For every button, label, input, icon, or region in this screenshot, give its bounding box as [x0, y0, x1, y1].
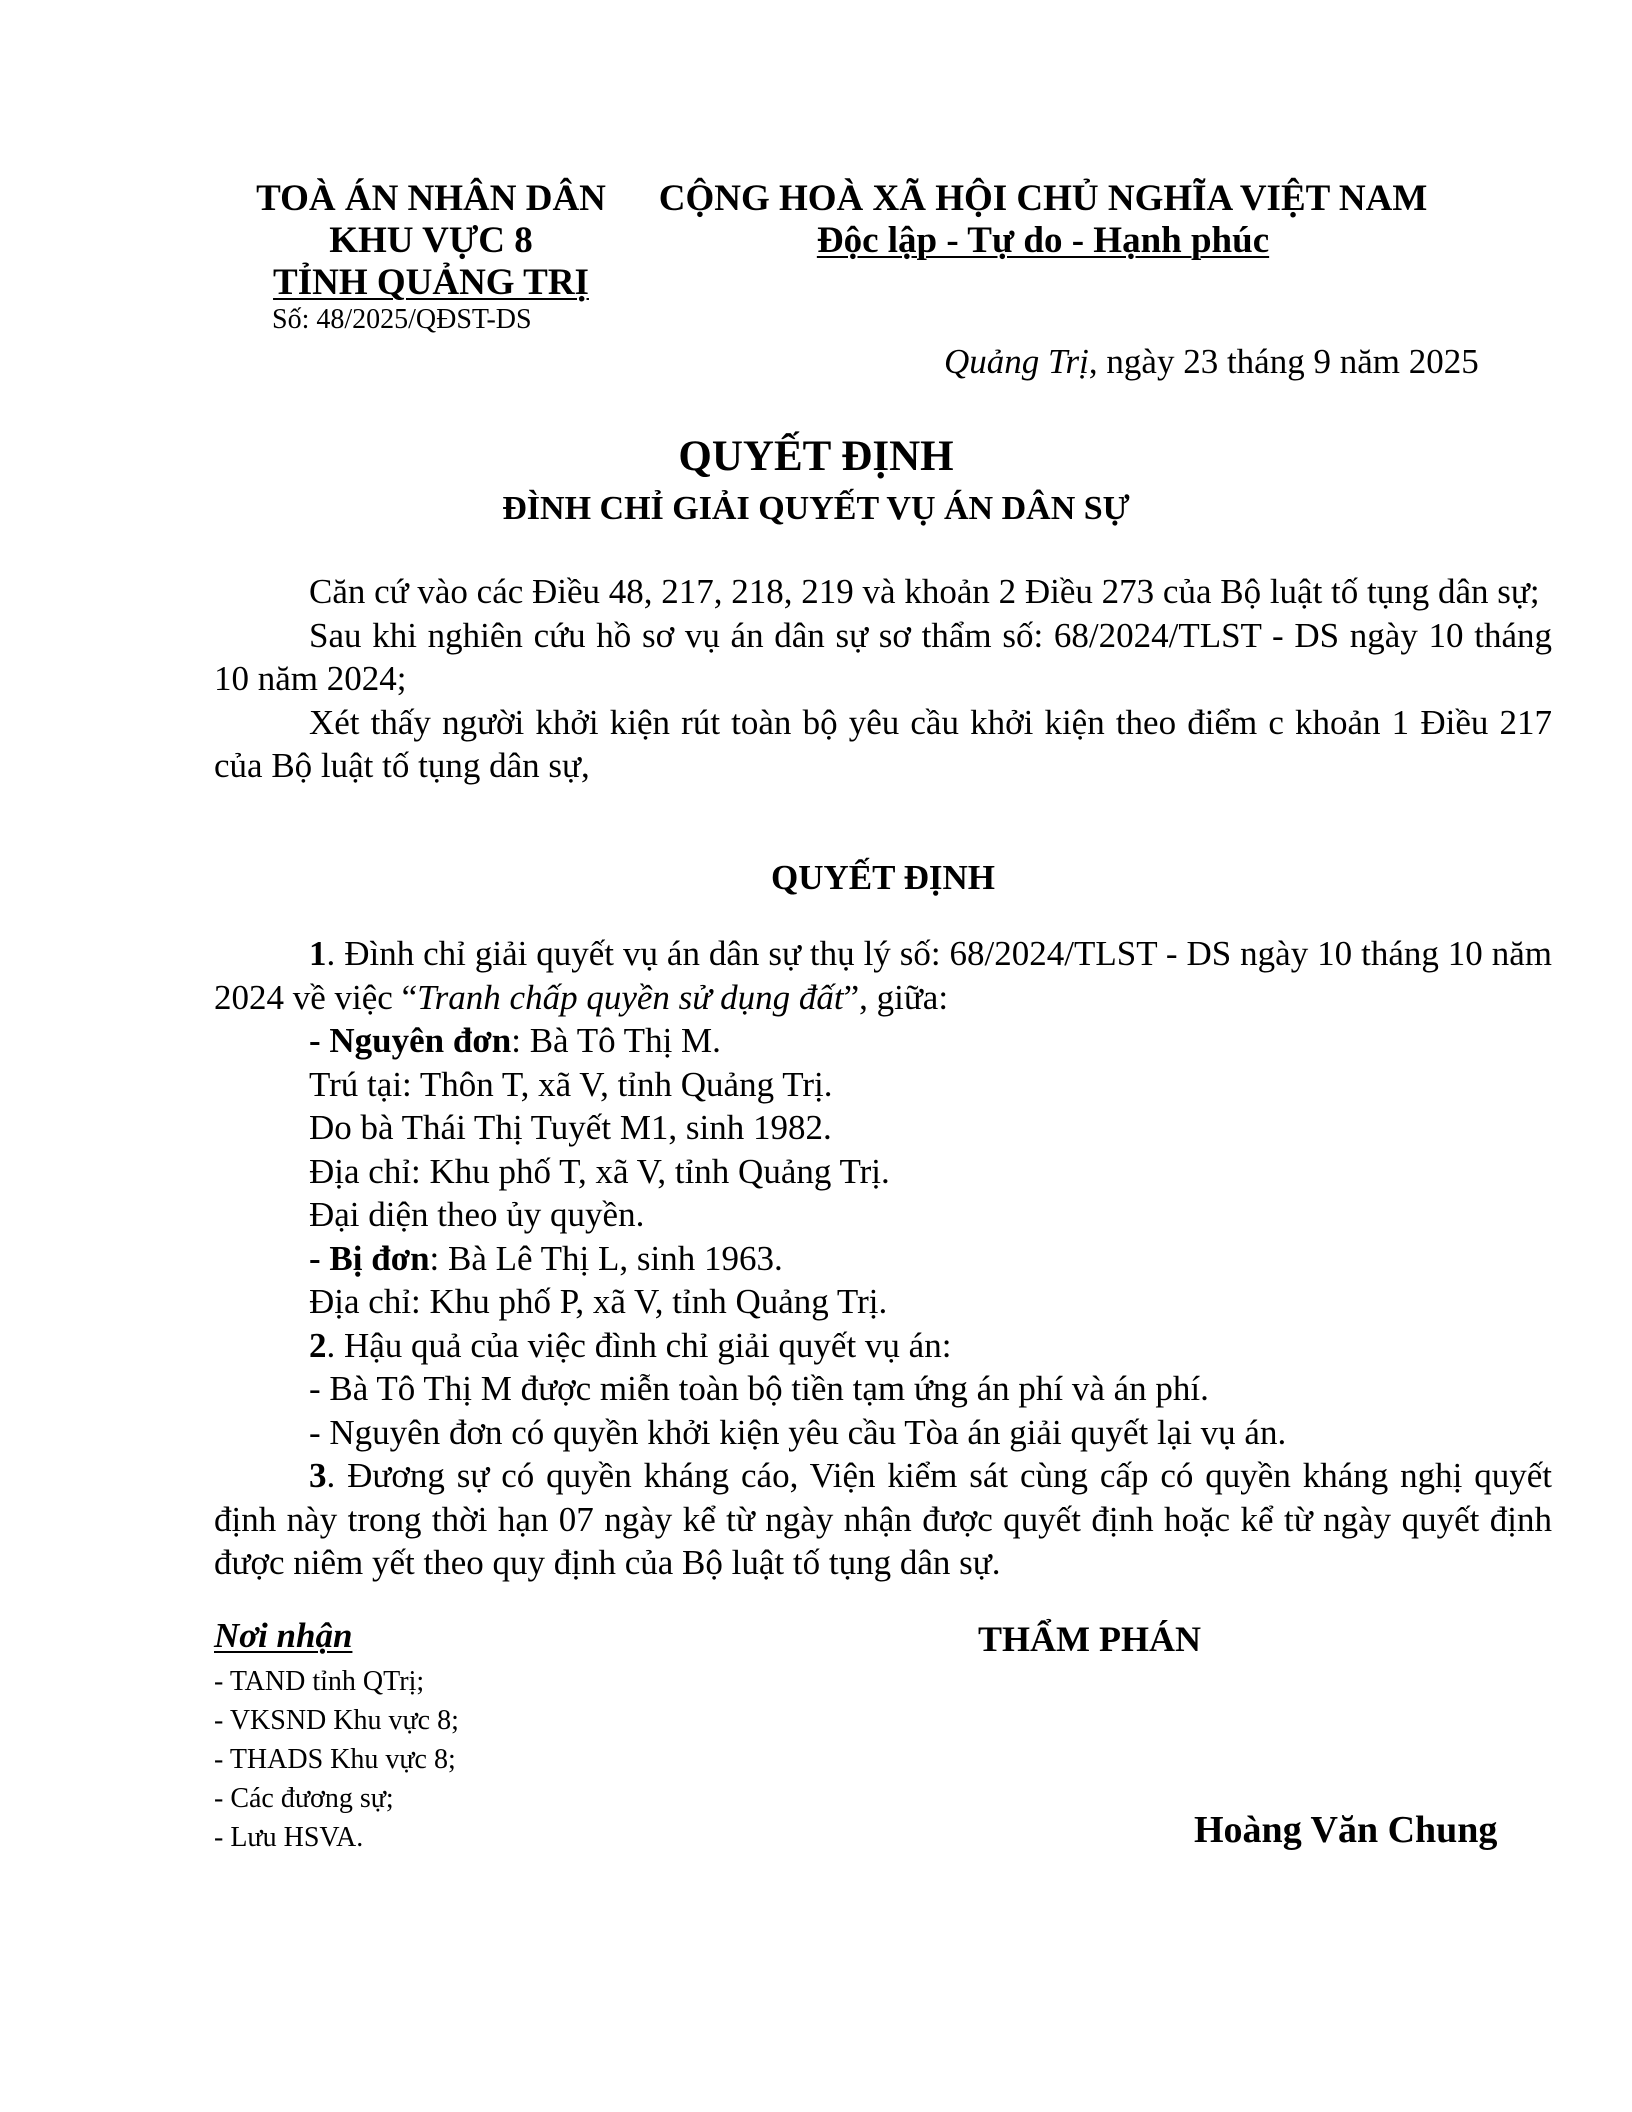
defendant-value: : Bà Lê Thị L, sinh 1963. [430, 1239, 783, 1278]
preamble-paragraph: Xét thấy người khởi kiện rút toàn bộ yêu… [214, 701, 1552, 788]
national-header: CỘNG HOÀ XÃ HỘI CHỦ NGHĨA VIỆT NAM Độc l… [648, 178, 1438, 262]
item-text: ”, giữa: [844, 978, 949, 1017]
item-number: 2 [309, 1326, 327, 1365]
recipient-item: - Lưu HSVA. [214, 1818, 459, 1857]
recipient-item: - THADS Khu vực 8; [214, 1740, 459, 1779]
plaintiff-detail: Trú tại: Thôn T, xã V, tỉnh Quảng Trị. [214, 1063, 1552, 1107]
recipients-list: - TAND tỉnh QTrị; - VKSND Khu vực 8; - T… [214, 1662, 459, 1857]
case-subject: Tranh chấp quyền sử dụng đất [417, 978, 843, 1017]
plaintiff-detail: Đại diện theo ủy quyền. [214, 1193, 1552, 1237]
decision-item-3: 3. Đương sự có quyền kháng cáo, Viện kiể… [214, 1454, 1552, 1585]
consequence-line: - Bà Tô Thị M được miễn toàn bộ tiền tạm… [214, 1367, 1552, 1411]
plaintiff-detail: Địa chỉ: Khu phố T, xã V, tỉnh Quảng Trị… [214, 1150, 1552, 1194]
decision-item-2: 2. Hậu quả của việc đình chỉ giải quyết … [214, 1324, 1552, 1368]
preamble: Căn cứ vào các Điều 48, 217, 218, 219 và… [214, 570, 1552, 788]
decision-body: 1. Đình chỉ giải quyết vụ án dân sự thụ … [214, 932, 1552, 1585]
recipients-title: Nơi nhận [214, 1616, 352, 1656]
plaintiff-value: : Bà Tô Thị M. [511, 1021, 721, 1060]
nation-name: CỘNG HOÀ XÃ HỘI CHỦ NGHĨA VIỆT NAM [648, 178, 1438, 220]
defendant-detail: Địa chỉ: Khu phố P, xã V, tỉnh Quảng Trị… [214, 1280, 1552, 1324]
recipient-item: - VKSND Khu vực 8; [214, 1701, 459, 1740]
date-place: Quảng Trị [944, 342, 1089, 381]
court-header: TOÀ ÁN NHÂN DÂN KHU VỰC 8 TỈNH QUẢNG TRỊ… [236, 178, 626, 336]
item-text: . Đương sự có quyền kháng cáo, Viện kiểm… [214, 1456, 1552, 1582]
item-text: . Hậu quả của việc đình chỉ giải quyết v… [327, 1326, 952, 1365]
date-line: Quảng Trị, ngày 23 tháng 9 năm 2025 [944, 342, 1479, 382]
plaintiff-detail: Do bà Thái Thị Tuyết M1, sinh 1982. [214, 1106, 1552, 1150]
plaintiff-line: - Nguyên đơn: Bà Tô Thị M. [214, 1019, 1552, 1063]
court-name-line-1: TOÀ ÁN NHÂN DÂN [236, 178, 626, 220]
date-text: , ngày 23 tháng 9 năm 2025 [1089, 342, 1479, 381]
consequence-line: - Nguyên đơn có quyền khởi kiện yêu cầu … [214, 1411, 1552, 1455]
preamble-paragraph: Sau khi nghiên cứu hồ sơ vụ án dân sự sơ… [214, 614, 1552, 701]
document-subtitle: ĐÌNH CHỈ GIẢI QUYẾT VỤ ÁN DÂN SỰ [0, 490, 1632, 528]
decision-section-heading-wrap: QUYẾT ĐỊNH [214, 856, 1552, 900]
preamble-paragraph: Căn cứ vào các Điều 48, 217, 218, 219 và… [214, 570, 1552, 614]
court-name-line-2: KHU VỰC 8 [236, 220, 626, 262]
defendant-label: - Bị đơn [309, 1239, 430, 1278]
recipient-item: - TAND tỉnh QTrị; [214, 1662, 459, 1701]
document-number: Số: 48/2025/QĐST-DS [236, 304, 626, 336]
recipient-item: - Các đương sự; [214, 1779, 459, 1818]
defendant-line: - Bị đơn: Bà Lê Thị L, sinh 1963. [214, 1237, 1552, 1281]
signer-name: Hoàng Văn Chung [1194, 1808, 1497, 1852]
national-motto: Độc lập - Tự do - Hạnh phúc [817, 220, 1269, 262]
item-number: 3 [309, 1456, 327, 1495]
signer-title: THẨM PHÁN [978, 1618, 1201, 1660]
plaintiff-label: - Nguyên đơn [309, 1021, 511, 1060]
decision-item-1: 1. Đình chỉ giải quyết vụ án dân sự thụ … [214, 932, 1552, 1019]
court-name-line-3: TỈNH QUẢNG TRỊ [273, 262, 589, 304]
item-number: 1 [309, 934, 327, 973]
decision-heading: QUYẾT ĐỊNH [214, 856, 1552, 900]
document-title: QUYẾT ĐỊNH [0, 432, 1632, 481]
